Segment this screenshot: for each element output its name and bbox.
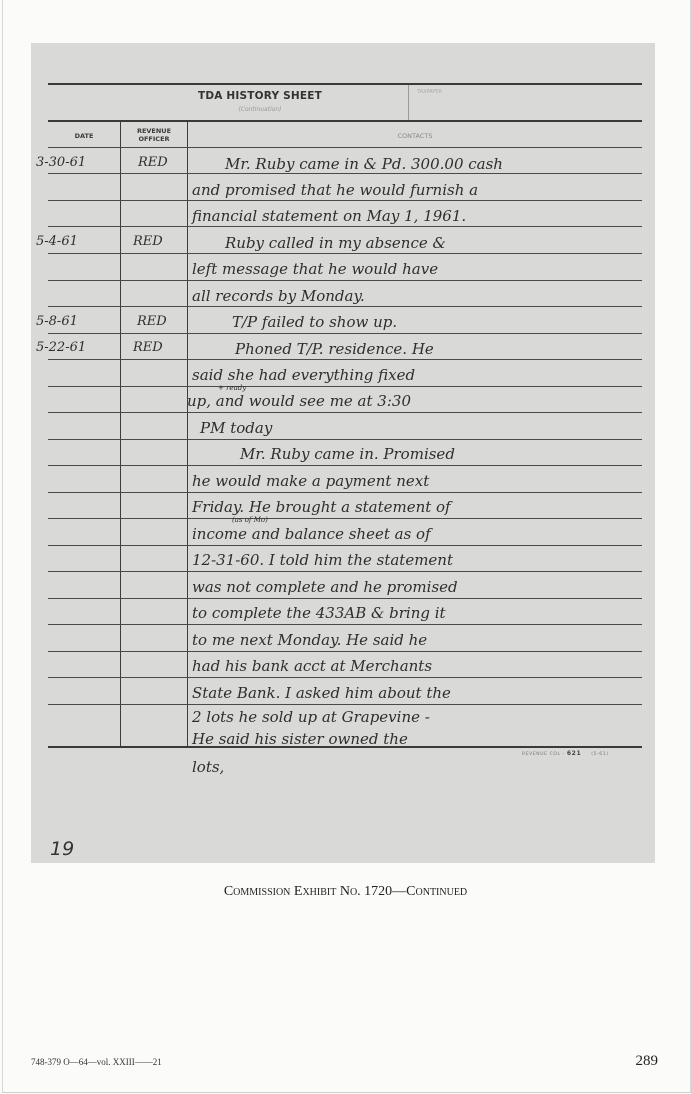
entry-4-line-3: up, and would see me at 3:30 <box>187 392 411 410</box>
entry-4-line-2: said she had everything fixed <box>192 366 415 384</box>
entry-4-line-17: lots, <box>192 758 224 776</box>
printer-imprint: 748-379 O—64—vol. XXIII——21 <box>31 1057 162 1067</box>
entry-3-officer: RED <box>137 314 167 329</box>
column-header-contacts: CONTACTS <box>188 133 642 140</box>
entry-1-date: 3-30-61 <box>36 155 86 170</box>
form-header-rule <box>48 120 642 122</box>
column-header-date: DATE <box>48 133 120 140</box>
column-header-officer-1: REVENUE <box>121 128 187 135</box>
entry-4-line-6: he would make a payment next <box>192 472 429 490</box>
form-top-rule <box>48 83 642 85</box>
entry-4-date: 5-22-61 <box>36 340 86 355</box>
form-title: TDA HISTORY SHEET <box>120 90 400 102</box>
entry-4-line-4: PM today <box>200 419 272 437</box>
entry-4-line-12: to me next Monday. He said he <box>192 631 427 649</box>
entry-4-line-16: He said his sister owned the <box>192 730 408 748</box>
entry-3-date: 5-8-61 <box>36 314 78 329</box>
column-divider-officer <box>187 121 188 747</box>
form-code-prefix: REVENUE COL - <box>522 752 565 757</box>
page-number: 289 <box>636 1053 659 1070</box>
entry-1-officer: RED <box>138 155 168 170</box>
handwritten-page-number: 19 <box>50 838 74 860</box>
entry-4-line-5: Mr. Ruby came in. Promised <box>240 445 455 463</box>
entry-4-line-14: State Bank. I asked him about the <box>192 684 451 702</box>
entry-1-line-2: and promised that he would furnish a <box>192 181 478 199</box>
entry-1-line-1: Mr. Ruby came in & Pd. 300.00 cash <box>225 155 503 173</box>
entry-4-line-7: Friday. He brought a statement of <box>192 498 451 516</box>
entry-1-line-3: financial statement on May 1, 1961. <box>192 207 466 225</box>
column-divider-date <box>120 121 121 747</box>
entry-2-line-3: all records by Monday. <box>192 287 365 305</box>
entry-4-officer: RED <box>133 340 163 355</box>
form-code-date: (5-61) <box>591 752 608 757</box>
entry-2-officer: RED <box>133 234 163 249</box>
interlinear-note-as-of: (as of Mo) <box>232 516 268 524</box>
entry-4-line-1: Phoned T/P. residence. He <box>235 340 434 358</box>
taxpayer-label: TAXPAYER <box>417 89 442 95</box>
entry-3-line-1: T/P failed to show up. <box>232 313 397 331</box>
entry-2-date: 5-4-61 <box>36 234 78 249</box>
entry-2-line-2: left message that he would have <box>192 260 438 278</box>
entry-4-line-9: 12-31-60. I told him the statement <box>192 551 453 569</box>
column-header-officer-2: OFFICER <box>121 136 187 143</box>
entry-4-line-8: income and balance sheet as of <box>192 525 431 543</box>
exhibit-caption: Commission Exhibit No. 1720—Continued <box>0 884 691 900</box>
entry-2-line-1: Ruby called in my absence & <box>225 234 446 252</box>
entry-4-line-10: was not complete and he promised <box>192 578 458 596</box>
form-code-number: 621 <box>567 750 581 757</box>
interlinear-note-ready: + ready <box>218 384 246 392</box>
entry-4-line-13: had his bank acct at Merchants <box>192 657 432 675</box>
form-subtitle: (Continuation) <box>160 106 360 113</box>
form-code: REVENUE COL - 621 (5-61) <box>522 750 609 757</box>
entry-4-line-11: to complete the 433AB & bring it <box>192 604 446 622</box>
form-header-divider <box>408 85 409 121</box>
entry-4-line-15: 2 lots he sold up at Grapevine - <box>192 708 430 726</box>
